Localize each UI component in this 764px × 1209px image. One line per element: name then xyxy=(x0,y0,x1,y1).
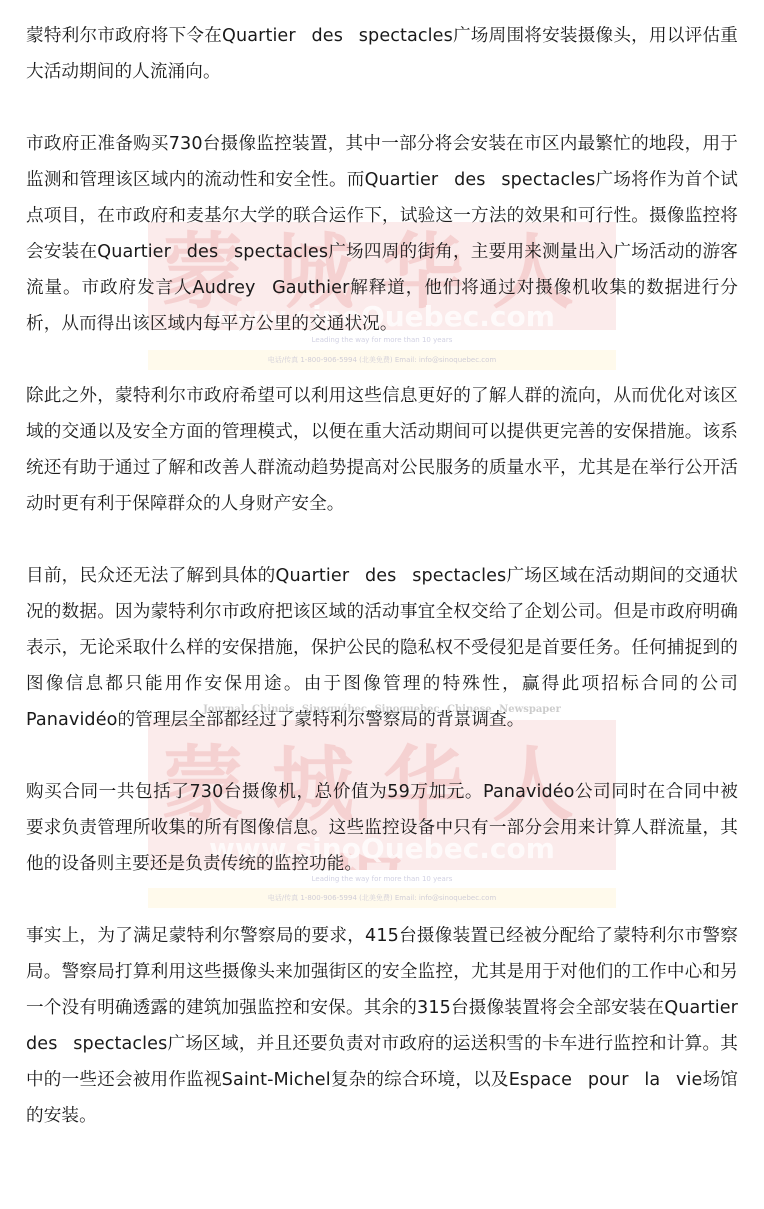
paragraph-police-allocation: 事实上，为了满足蒙特利尔警察局的要求，415台摄像装置已经被分配给了蒙特利尔市警… xyxy=(26,918,738,1134)
paragraph-contract: 购买合同一共包括了730台摄像机，总价值为59万加元。Panavidéo公司同时… xyxy=(26,774,738,882)
paragraph-camera-purchase: 市政府正准备购买730台摄像监控装置，其中一部分将会安装在市区内最繁忙的地段，用… xyxy=(26,126,738,342)
paragraph-intro: 蒙特利尔市政府将下令在Quartier des spectacles广场周围将安… xyxy=(26,18,738,90)
paragraph-traffic-management: 除此之外，蒙特利尔市政府希望可以利用这些信息更好的了解人群的流向，从而优化对该区… xyxy=(26,378,738,522)
article-body: 蒙特利尔市政府将下令在Quartier des spectacles广场周围将安… xyxy=(26,18,738,1170)
paragraph-privacy: 目前，民众还无法了解到具体的Quartier des spectacles广场区… xyxy=(26,558,738,738)
